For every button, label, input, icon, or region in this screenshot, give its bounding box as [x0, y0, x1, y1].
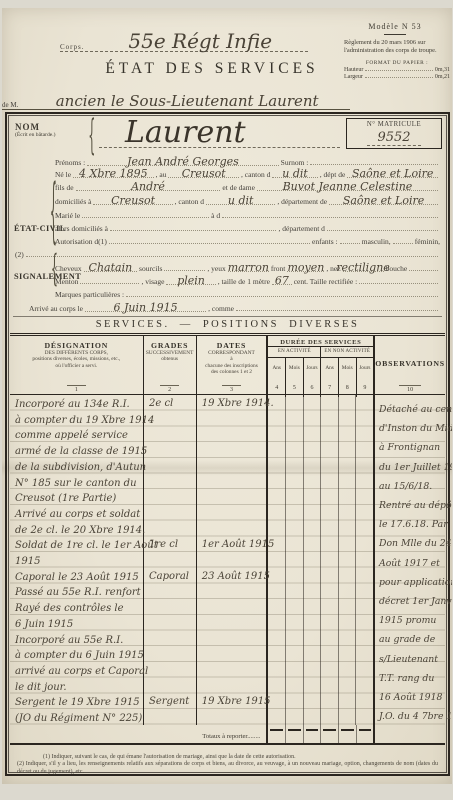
model-number: Modèle N 53	[340, 22, 450, 31]
designation-sub: où l'officier a servi.	[10, 363, 143, 369]
designation-line: Incorporé au 55e R.I.	[15, 633, 141, 649]
designation-line: Arrivé au corps et soldat	[15, 507, 141, 523]
dotted-leader	[365, 66, 433, 71]
ne-dep-field: Saône et Loire	[347, 166, 438, 178]
designation-line: 6 Juin 1915	[15, 617, 141, 633]
ne-date-handwritten: 4 Xbre 1895	[79, 169, 148, 179]
designation-line: Rayé des contrôles le	[15, 601, 141, 617]
ne-dep-label: , dépt de	[320, 170, 346, 179]
totaux-cell	[357, 725, 374, 743]
duree-columns	[268, 395, 375, 725]
paper-format-width: Largeur 0m,21	[344, 73, 450, 80]
grade-entry: Sergent	[149, 696, 195, 707]
taille-rectifiee-field	[359, 272, 438, 284]
duree-cell	[268, 395, 286, 725]
width-value: 0m,21	[435, 74, 450, 80]
header-dates: DATES CORRESPONDANT à chacune des inscri…	[197, 336, 269, 394]
column-number: 3	[197, 385, 267, 393]
pere-handwritten: André	[131, 182, 165, 192]
designation-line: à compter du 6 Juin 1915	[15, 648, 141, 664]
designation-line: 1915	[15, 554, 141, 570]
dom-handwritten: Creusot	[111, 196, 155, 206]
signalement-section: Cheveux Chatain sourcils , yeux marron f…	[55, 259, 444, 312]
ne-canton-label: , canton d	[241, 170, 270, 179]
designation-line: Sergent le 19 Xbre 1915	[15, 695, 141, 711]
totaux-cell	[268, 725, 286, 743]
services-section-title: SERVICES. — POSITIONS DIVERSES	[9, 319, 446, 330]
observation-line: Détaché au centre	[379, 400, 444, 419]
totaux-cell	[304, 725, 322, 743]
observations-title: OBSERVATIONS	[375, 341, 445, 368]
totaux-dash	[270, 729, 283, 731]
marques-label: Marques particulières :	[55, 290, 124, 299]
front-handwritten: moyen	[287, 263, 324, 273]
totaux-observations-cell	[375, 725, 445, 743]
name-row: NOM (Écrit en bâtarde.) { Laurent N° MAT…	[9, 116, 446, 152]
sourcils-label: sourcils	[139, 264, 162, 273]
grades-title: GRADES	[144, 341, 196, 350]
designation-line: arrivé au corps et Caporal	[15, 664, 141, 680]
observation-line: à Frontignan	[379, 438, 444, 457]
arrive-date-handwritten: 6 Juin 1915	[114, 303, 178, 313]
totaux-label: Totaux à reporter........	[10, 725, 268, 743]
note2-field	[26, 245, 438, 257]
duree-subheader: Jours	[304, 358, 322, 380]
date-entry: 19 Xbre 1915	[202, 696, 266, 707]
observations-column: Détaché au centred'Inston du Midià Front…	[375, 395, 445, 725]
corps-value-handwritten: 55e Régt Infie	[92, 31, 308, 51]
marques-row: Marques particulières :	[55, 285, 444, 298]
note2-label: (2)	[15, 250, 24, 259]
designation-line: de 2e cl. le 20 Xbre 1914.	[15, 523, 141, 539]
observation-line: s/Lieutenant	[379, 650, 444, 669]
grade-entry: 1re cl	[149, 539, 195, 550]
autorisation-field	[109, 232, 310, 244]
document-page: Corps. 55e Régt Infie Modèle N 53 Règlem…	[2, 8, 452, 784]
domicile-row: domiciliés à Creusot , canton d u dit , …	[55, 193, 444, 206]
arrive-date-field: 6 Juin 1915	[85, 300, 206, 312]
divider	[384, 34, 406, 35]
enfants-feminin-field	[393, 232, 413, 244]
duree-subheader: Jours	[357, 358, 374, 380]
designation-column: Incorporé au 134e R.I.à compter du 19 Xb…	[10, 395, 144, 725]
designation-line: Caporal le 23 Août 1915	[15, 570, 141, 586]
observation-line: Don Mlle du 24	[379, 534, 444, 553]
marques-field	[126, 285, 438, 297]
observation-line: le 17.6.18. Par	[379, 515, 444, 534]
designation-line: Creusot (1re Partie)	[15, 491, 141, 507]
observation-line: pour application	[379, 573, 444, 592]
totaux-cell	[339, 725, 357, 743]
dom-dep-label: , département de	[277, 197, 327, 206]
observation-line: au grade de	[379, 630, 444, 649]
regulation-text: Règlement du 20 mars 1906 sur l'administ…	[340, 39, 450, 54]
designation-line: Passé au 55e R.I. renfort	[15, 585, 141, 601]
footnotes: (1) Indiquer, suivant le cas, de qui éma…	[9, 752, 446, 776]
duree-cell	[304, 395, 322, 725]
de-m-label: de M.	[2, 101, 18, 109]
designation-title: DÉSIGNATION	[10, 341, 143, 350]
duree-subheader: Ans	[268, 358, 286, 380]
cheveux-row: Cheveux Chatain sourcils , yeux marron f…	[55, 259, 444, 272]
prenoms-field: Jean André Georges	[87, 154, 278, 166]
duree-title: DURÉE DES SERVICES	[268, 336, 373, 347]
mere-field: Buvot Jeanne Celestine	[257, 179, 438, 191]
marie-date-field	[82, 206, 209, 218]
ne-dep-handwritten: Saône et Loire	[352, 169, 433, 179]
duree-cell	[321, 395, 339, 725]
etat-civil-section: Prénoms : Jean André Georges Surnom : Né…	[55, 153, 444, 259]
corps-label: Corps.	[60, 43, 84, 51]
mere-handwritten: Buvot Jeanne Celestine	[283, 182, 413, 192]
enfants-masculin-field	[340, 232, 360, 244]
totaux-dash	[288, 729, 301, 731]
header-designation: DÉSIGNATION DES DIFFÉRENTS CORPS, positi…	[10, 336, 144, 394]
duree-subheader: Ans	[321, 358, 339, 380]
activite-label: EN ACTIVITÉ	[268, 347, 321, 357]
column-number: 2	[144, 385, 196, 393]
dom-canton-label: , canton d	[175, 197, 204, 206]
name-value-cell: Laurent	[95, 116, 344, 152]
front-field: moyen	[287, 260, 324, 272]
header-duree: DURÉE DES SERVICES EN ACTIVITÉ EN NON AC…	[268, 336, 375, 394]
brace-glyph: {	[88, 109, 94, 158]
dates-sub: des colonnes 1 et 2	[197, 369, 267, 375]
alors-label: alors domiciliés à	[55, 224, 108, 233]
name-label-cell: NOM (Écrit en bâtarde.)	[9, 116, 87, 152]
designation-line: (JO du Régiment N° 225)	[15, 711, 141, 727]
dom-canton-field: u dit	[206, 193, 275, 205]
designation-line: de la subdivision, d'Autun	[15, 460, 141, 476]
totaux-dash	[323, 729, 336, 731]
alors-dep-field	[327, 219, 438, 231]
duree-groups: EN ACTIVITÉ EN NON ACTIVITÉ	[268, 347, 373, 358]
header-observations: OBSERVATIONS 10	[375, 336, 445, 394]
menton-field	[80, 272, 139, 284]
bouche-field	[409, 259, 438, 271]
menton-label: Menton	[55, 277, 78, 286]
totaux-dash	[341, 729, 354, 731]
corps-field: Corps. 55e Régt Infie	[60, 22, 308, 52]
paper-format-height: Hauteur 0m,31	[344, 66, 450, 73]
ne-canton-handwritten: u dit	[282, 169, 308, 179]
column-number: 10	[375, 385, 445, 393]
footnote-2: (2) Indiquer, s'il y a lieu, les renseig…	[17, 761, 438, 776]
arrivee-row: Arrivé au corps le 6 Juin 1915 , comme	[29, 299, 444, 312]
paper-format-block: FORMAT DU PAPIER : Hauteur 0m,31 Largeur…	[340, 60, 450, 80]
marie-label: Marié le	[55, 211, 80, 220]
date-entry: 1er Août 1915	[202, 539, 266, 550]
designation-line: Soldat de 1re cl. le 1er Août	[15, 538, 141, 554]
de-m-value-handwritten: ancien le Sous-Lieutenant Laurent	[24, 94, 350, 109]
yeux-handwritten: marron	[228, 263, 269, 273]
grades-sub: obtenus	[144, 356, 196, 362]
menton-row: Menton , visage plein , taille de 1 mètr…	[55, 272, 444, 285]
width-label: Largeur	[344, 74, 363, 80]
observation-line: Rentré au dépôt	[379, 496, 444, 515]
duree-subheader: Mois	[286, 358, 304, 380]
designation-line: armé de la classe de 1915	[15, 444, 141, 460]
dom-label: domiciliés à	[55, 197, 91, 206]
comme-label: , comme	[208, 304, 234, 313]
divider	[13, 316, 442, 317]
totaux-dash	[306, 729, 319, 731]
taille-field: 67	[272, 273, 292, 285]
grades-column: 2e cl1re clCaporalSergent	[144, 395, 197, 725]
duree-subheader: Mois	[339, 358, 357, 380]
visage-field: plein	[166, 273, 215, 285]
totaux-dash	[359, 729, 372, 731]
designation-line: le dit jour.	[15, 680, 141, 696]
services-table: DÉSIGNATION DES DIFFÉRENTS CORPS, positi…	[10, 333, 445, 745]
totaux-cell	[321, 725, 339, 743]
cheveux-label: Cheveux	[55, 264, 82, 273]
totaux-row: Totaux à reporter........	[10, 725, 445, 745]
observation-line: 1915 promu	[379, 611, 444, 630]
table-body: Incorporé au 134e R.I.à compter du 19 Xb…	[10, 395, 445, 725]
matricule-label: N° MATRICULE	[347, 121, 441, 128]
designation-line: N° 185 sur le canton du	[15, 476, 141, 492]
ne-lieu-handwritten: Creusot	[182, 169, 226, 179]
table-header: DÉSIGNATION DES DIFFÉRENTS CORPS, positi…	[10, 333, 445, 395]
column-number: 1	[10, 385, 143, 393]
observation-line: d'Inston du Midi	[379, 419, 444, 438]
alors-field	[110, 219, 277, 231]
name-value-handwritten: Laurent	[125, 115, 246, 150]
marie-lieu-field	[222, 206, 438, 218]
autorisation-row: Autorisation d(1) enfants : masculin, fé…	[55, 232, 444, 245]
cheveux-field: Chatain	[84, 260, 137, 272]
height-label: Hauteur	[344, 67, 363, 73]
date-entry: 23 Août 1915	[202, 571, 266, 582]
duree-cell	[339, 395, 357, 725]
non-activite-label: EN NON ACTIVITÉ	[321, 347, 373, 357]
totaux-cell	[286, 725, 304, 743]
observation-line: 16 Août 1918	[379, 688, 444, 707]
yeux-field: marron	[228, 260, 269, 272]
dom-dep-handwritten: Saône et Loire	[343, 196, 424, 206]
designation-line: Incorporé au 134e R.I.	[15, 397, 141, 413]
nez-field: rectiligne	[343, 260, 384, 272]
ne-canton-field: u dit	[272, 166, 317, 178]
pere-field: André	[76, 179, 221, 191]
yeux-label: , yeux	[207, 264, 225, 273]
ne-date-field: 4 Xbre 1895	[73, 166, 154, 178]
observation-line: décret 1er Janvier	[379, 592, 444, 611]
prenoms-row: Prénoms : Jean André Georges Surnom :	[55, 153, 444, 166]
dom-field: Creusot	[93, 193, 172, 205]
name-sublabel: (Écrit en bâtarde.)	[15, 132, 87, 138]
observation-line: T.T. rang du	[379, 669, 444, 688]
header-grades: GRADES SUCCESSIVEMENT obtenus 2	[144, 336, 197, 394]
arrive-label: Arrivé au corps le	[29, 304, 83, 313]
note2-row: (2)	[15, 245, 444, 258]
dom-dep-field: Saône et Loire	[329, 193, 438, 205]
duree-subheaders: AnsMoisJoursAnsMoisJours	[268, 358, 373, 380]
alors-domicilies-row: alors domiciliés à , département d	[55, 219, 444, 232]
sourcils-field	[164, 259, 205, 271]
designation-line: comme appelé service	[15, 428, 141, 444]
observation-line: Août 1917 et	[379, 554, 444, 573]
dates-column: 19 Xbre 1914.1er Août 191523 Août 191519…	[197, 395, 269, 725]
ne-lieu-field: Creusot	[168, 166, 239, 178]
inner-border: NOM (Écrit en bâtarde.) { Laurent N° MAT…	[8, 115, 447, 773]
matricule-value-handwritten: 9552	[367, 130, 420, 146]
grade-entry: Caporal	[149, 571, 195, 582]
dame-label: et de dame	[222, 183, 254, 192]
dates-title: DATES	[197, 341, 267, 350]
mariage-row: Marié le à d	[55, 206, 444, 219]
grade-entry: 2e cl	[149, 398, 195, 409]
name-label: NOM	[15, 122, 87, 132]
duree-cell	[286, 395, 304, 725]
ne-au-label: , au	[156, 170, 167, 179]
date-entry: 19 Xbre 1914.	[202, 398, 266, 409]
ne-label: Né le	[55, 170, 71, 179]
front-label: front	[271, 264, 286, 273]
designation-line: à compter du 19 Xbre 1914	[15, 413, 141, 429]
surnom-field	[310, 153, 438, 165]
dotted-leader	[365, 73, 433, 78]
observation-line: du 1er Juillet 1917	[379, 458, 444, 477]
duree-cell	[356, 395, 373, 725]
model-block: Modèle N 53 Règlement du 20 mars 1906 su…	[340, 22, 450, 80]
totaux-duree-cells	[268, 725, 375, 743]
observation-line: au 15/6/18.	[379, 477, 444, 496]
dom-canton-handwritten: u dit	[228, 196, 254, 206]
naissance-row: Né le 4 Xbre 1895 , au Creusot , canton …	[55, 166, 444, 179]
height-value: 0m,31	[435, 67, 450, 73]
observation-line: J.O. du 4 7bre 1918.	[379, 707, 444, 726]
matricule-box: N° MATRICULE 9552	[346, 118, 442, 149]
fils-label: fils de	[55, 183, 74, 192]
page-title: ÉTAT DES SERVICES	[82, 60, 342, 78]
service-record-box: NOM (Écrit en bâtarde.) { Laurent N° MAT…	[5, 112, 450, 776]
de-m-field: de M. ancien le Sous-Lieutenant Laurent	[2, 90, 350, 110]
filiation-row: fils de André et de dame Buvot Jeanne Ce…	[55, 179, 444, 192]
comme-field	[236, 299, 438, 311]
